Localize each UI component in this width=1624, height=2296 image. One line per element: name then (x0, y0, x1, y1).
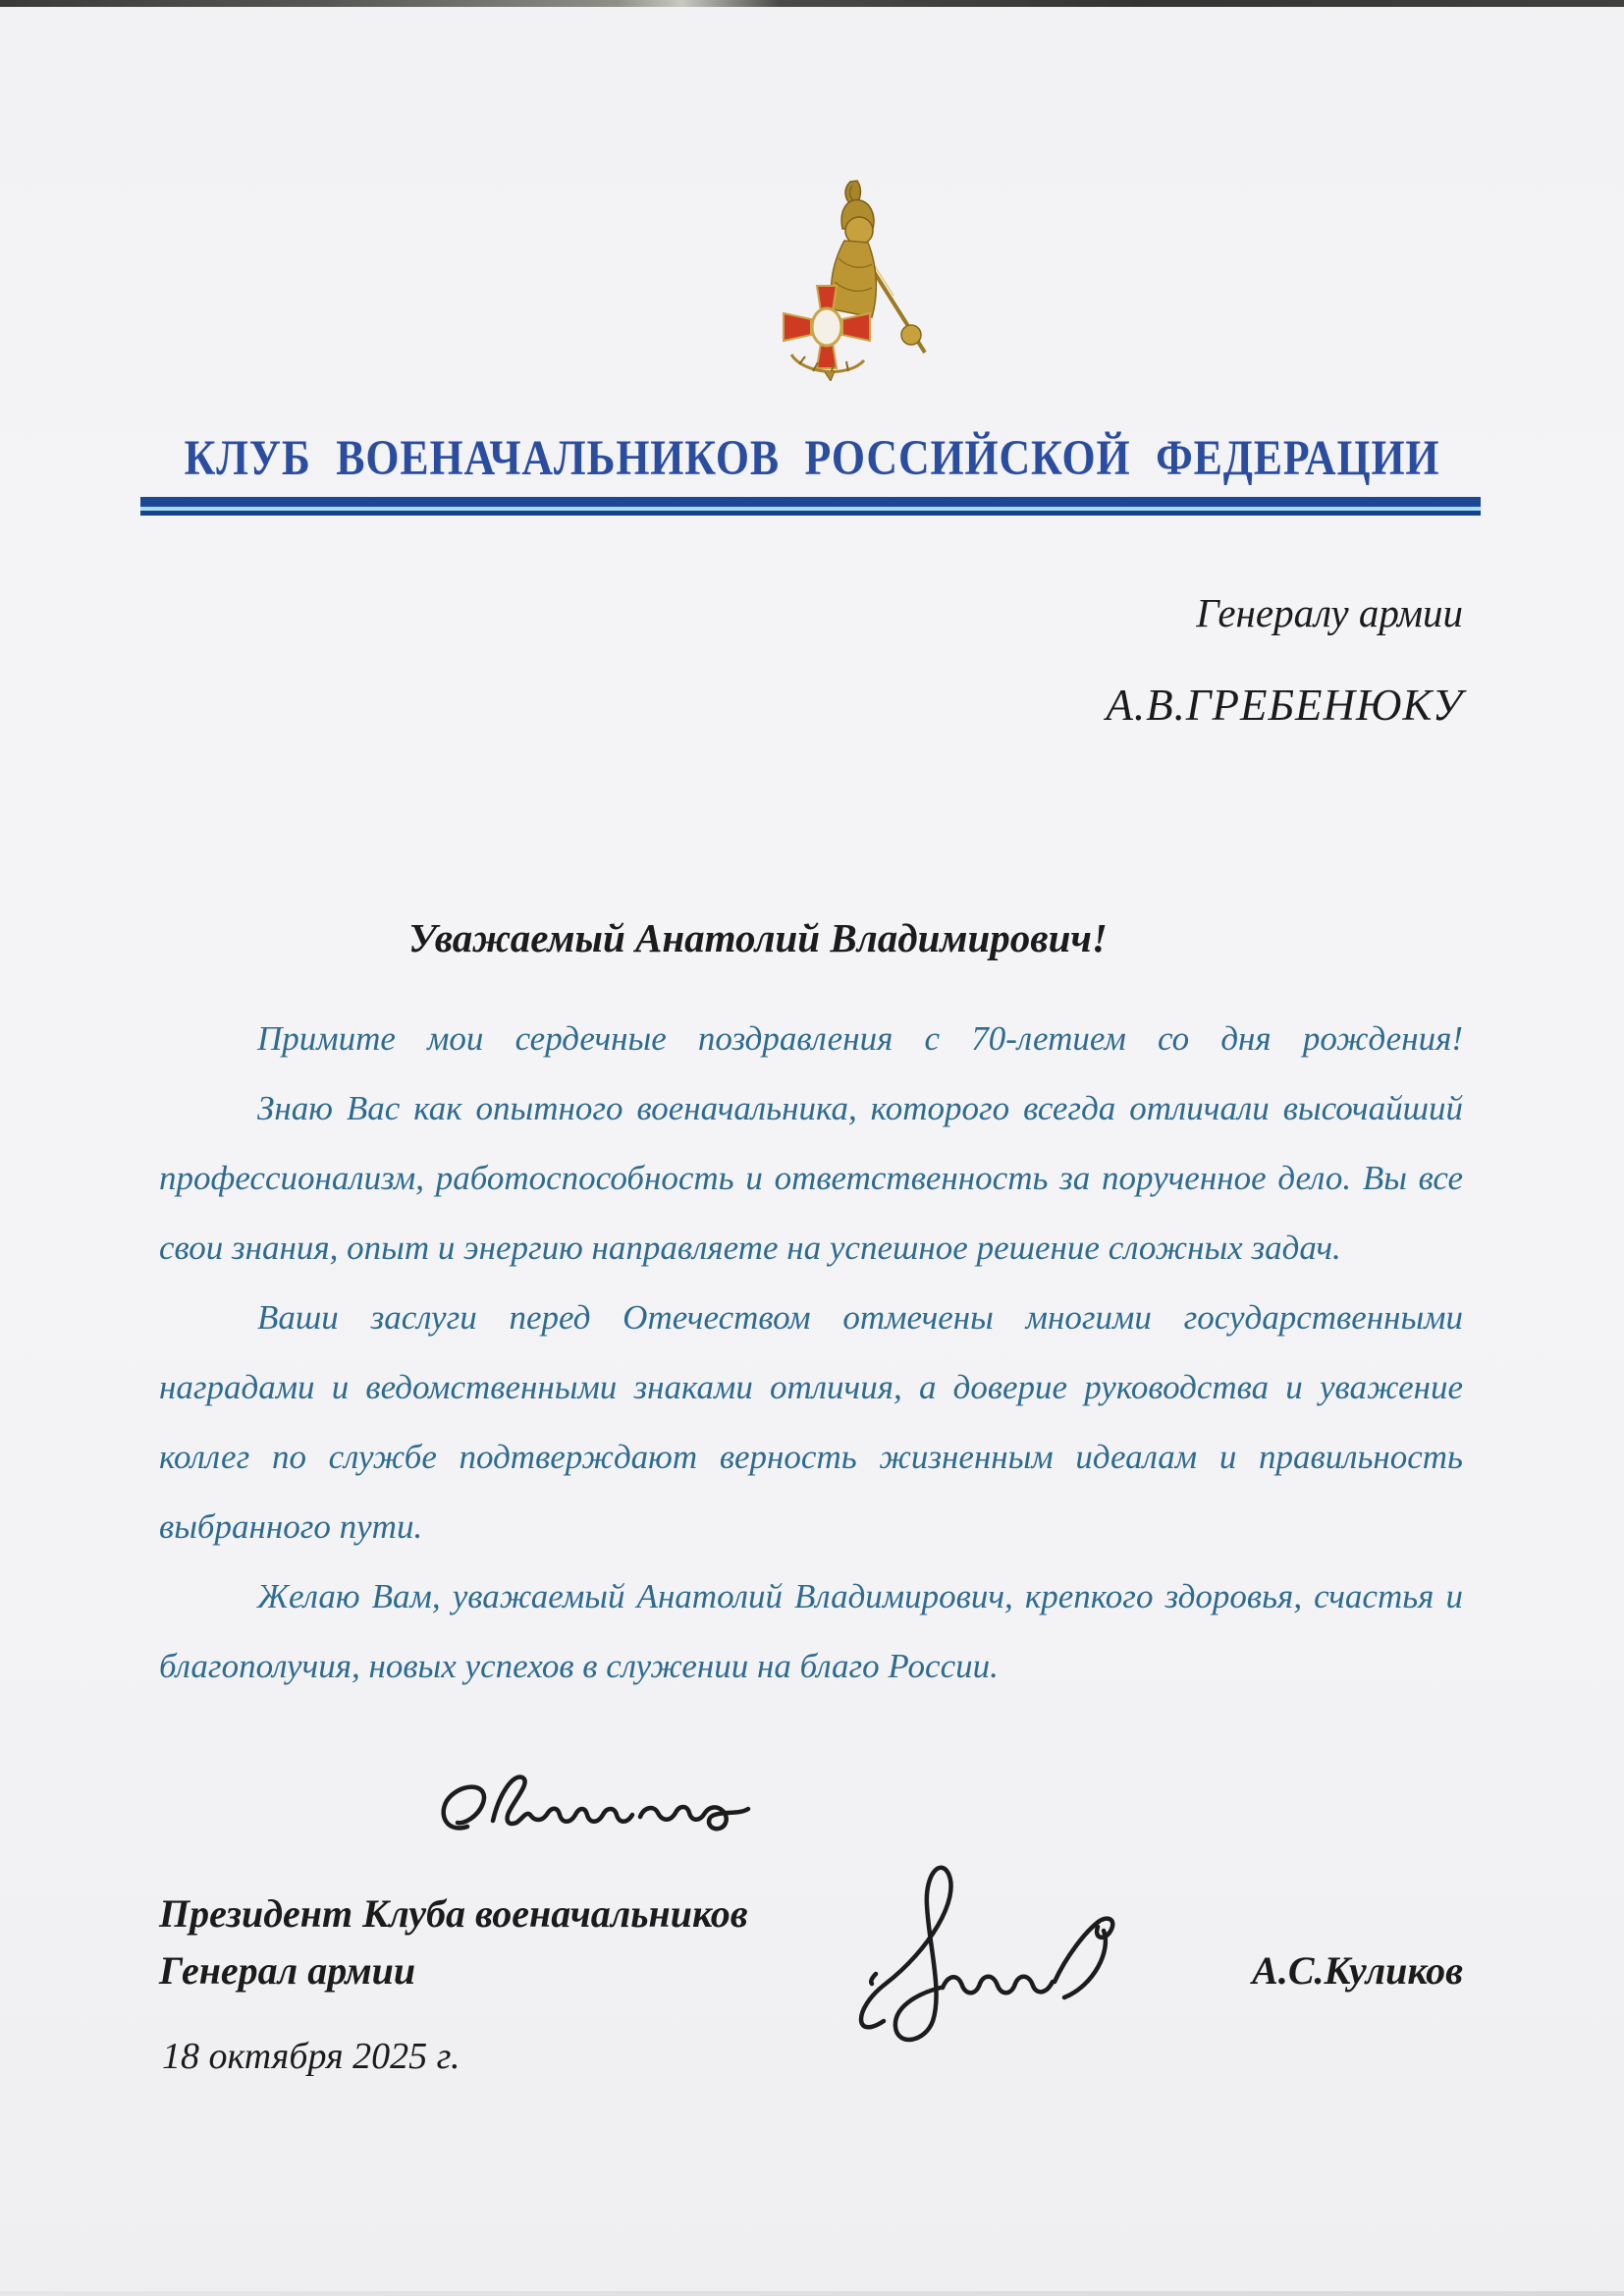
letter-date: 18 октября 2025 г. (162, 2035, 460, 2078)
scan-edge-bottom (0, 2291, 1624, 2296)
body-paragraph-4: Желаю Вам, уважаемый Анатолий Владимиров… (159, 1561, 1463, 1701)
letter-page: КЛУБ ВОЕНАЧАЛЬНИКОВ РОССИЙСКОЙ ФЕДЕРАЦИИ… (0, 0, 1624, 2296)
signer-title-line1: Президент Клуба военачальников (159, 1886, 748, 1942)
letter-body: Примите мои сердечные поздравления с 70-… (159, 1004, 1463, 1701)
body-paragraph-1: Примите мои сердечные поздравления с 70-… (159, 1004, 1463, 1073)
signature-autograph (846, 1848, 1210, 2050)
club-emblem-icon (756, 180, 938, 381)
rule-bottom-bar (140, 511, 1481, 516)
body-paragraph-2: Знаю Вас как опытного военачальника, кот… (159, 1073, 1463, 1283)
signer-title-line2: Генерал армии (159, 1942, 748, 1999)
salutation: Уважаемый Анатолий Владимирович! (0, 914, 1516, 961)
handwritten-note-obnimayu (424, 1766, 763, 1852)
scan-edge-top (0, 0, 1624, 7)
header-divider-rule (140, 497, 1481, 516)
body-paragraph-3: Ваши заслуги перед Отечеством отмечены м… (159, 1283, 1463, 1561)
signer-name: А.С.Куликов (1252, 1947, 1463, 1994)
rule-top-bar (140, 497, 1481, 507)
org-name-title: КЛУБ ВОЕНАЧАЛЬНИКОВ РОССИЙСКОЙ ФЕДЕРАЦИИ (114, 430, 1510, 487)
recipient-rank: Генералу армии (1106, 589, 1463, 636)
recipient-name: А.В.ГРЕБЕНЮКУ (1106, 680, 1463, 731)
recipient-block: Генералу армии А.В.ГРЕБЕНЮКУ (1106, 589, 1463, 731)
signer-title-block: Президент Клуба военачальников Генерал а… (159, 1886, 748, 1999)
